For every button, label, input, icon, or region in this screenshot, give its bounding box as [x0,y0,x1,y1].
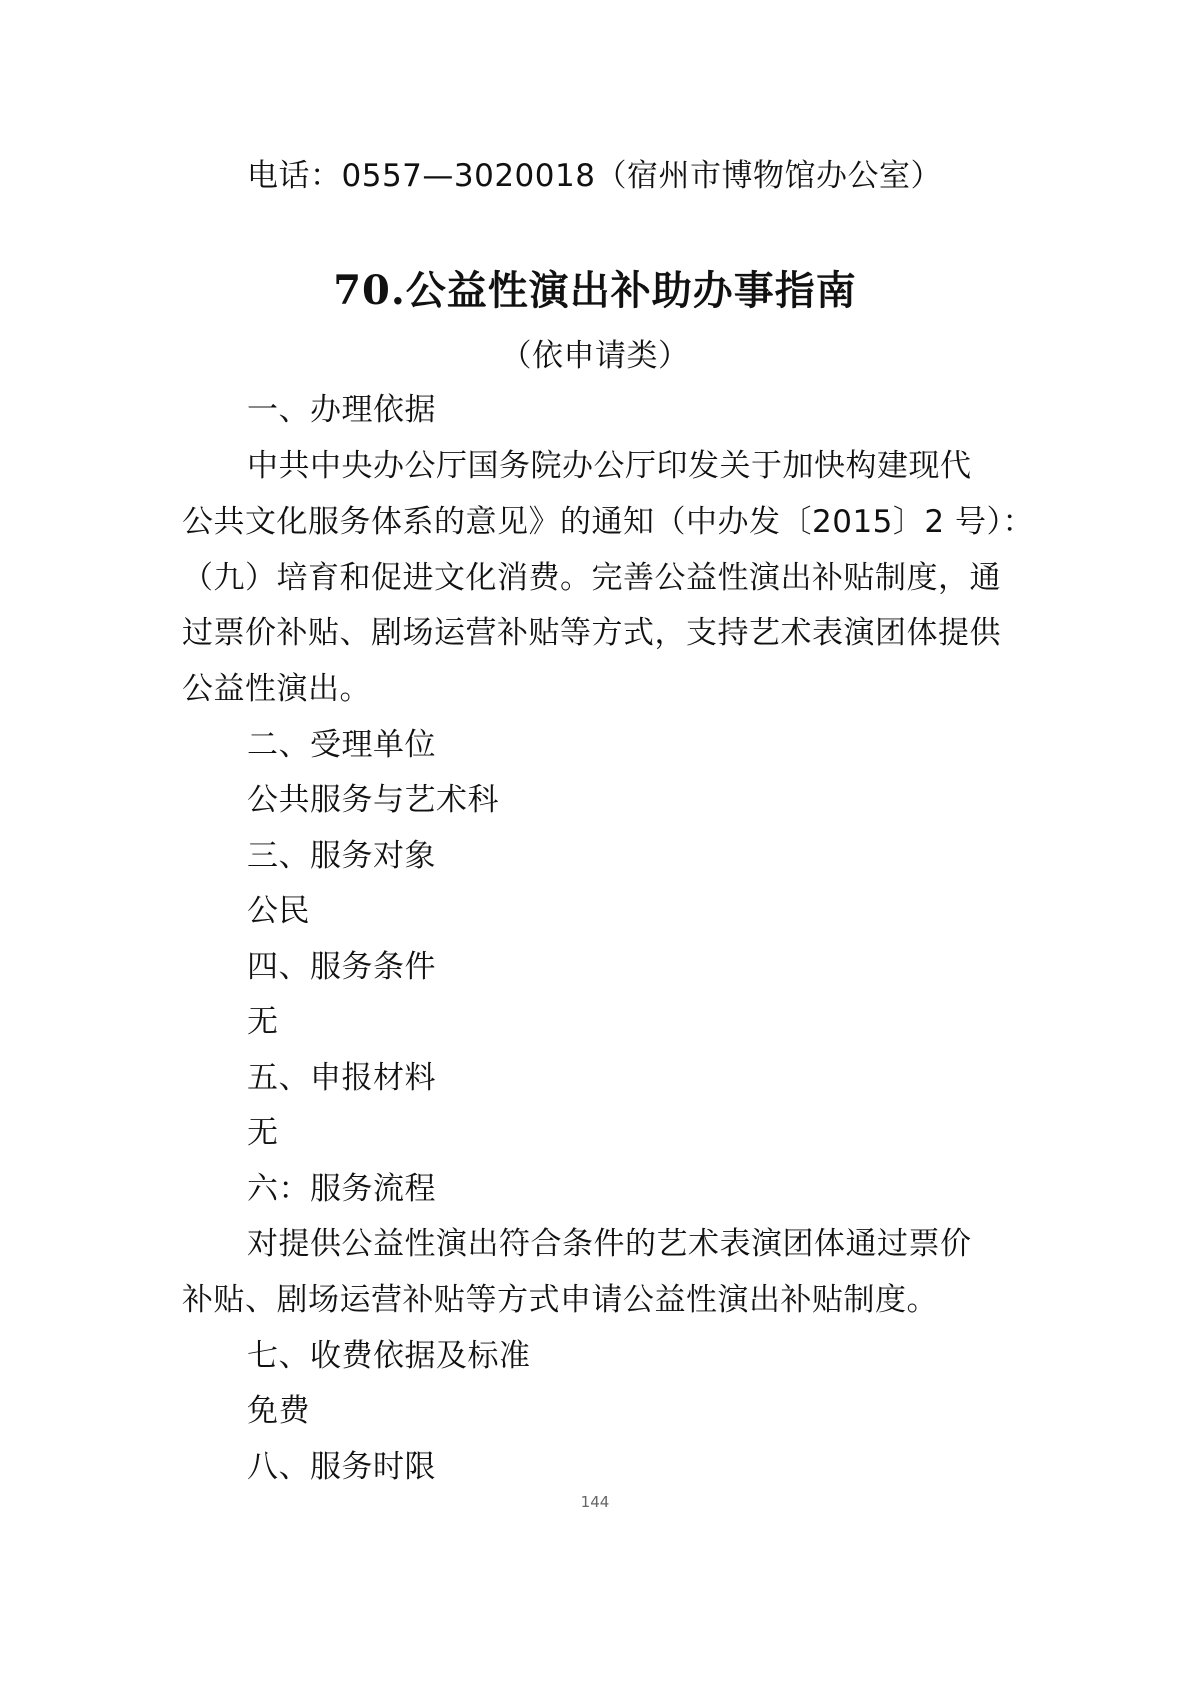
section-heading-conditions: 四、服务条件 [247,947,436,987]
section-value-target: 公民 [247,891,310,931]
page-title: 70.公益性演出补助办事指南 [0,266,1190,316]
section-value-fee: 免费 [247,1391,310,1431]
process-paragraph-line: 对提供公益性演出符合条件的艺术表演团体通过票价 [247,1224,972,1264]
process-paragraph-line: 补贴、剧场运营补贴等方式申请公益性演出补贴制度。 [182,1280,938,1320]
section-value-unit: 公共服务与艺术科 [247,780,499,820]
section-heading-time-limit: 八、服务时限 [247,1447,436,1487]
section-heading-basis: 一、办理依据 [247,390,436,430]
section-heading-target: 三、服务对象 [247,836,436,876]
page-subtitle: （依申请类） [0,336,1190,376]
section-value-materials: 无 [247,1113,279,1153]
section-heading-unit: 二、受理单位 [247,725,436,765]
section-value-conditions: 无 [247,1002,279,1042]
basis-paragraph-line: （九）培育和促进文化消费。完善公益性演出补贴制度，通 [182,558,1001,598]
basis-paragraph-line: 过票价补贴、剧场运营补贴等方式，支持艺术表演团体提供 [182,613,1001,653]
contact-phone: 电话：0557—3020018（宿州市博物馆办公室） [247,156,942,196]
basis-paragraph-line: 公共文化服务体系的意见》的通知（中办发〔2015〕2 号）： [182,502,1034,542]
basis-paragraph-line: 中共中央办公厅国务院办公厅印发关于加快构建现代 [247,446,972,486]
document-page: 电话：0557—3020018（宿州市博物馆办公室） 70.公益性演出补助办事指… [0,0,1190,1683]
basis-paragraph-line: 公益性演出。 [182,669,371,709]
section-heading-fee: 七、收费依据及标准 [247,1336,531,1376]
section-heading-process: 六：服务流程 [247,1169,436,1209]
section-heading-materials: 五、申报材料 [247,1058,436,1098]
page-number: 144 [0,1493,1190,1511]
